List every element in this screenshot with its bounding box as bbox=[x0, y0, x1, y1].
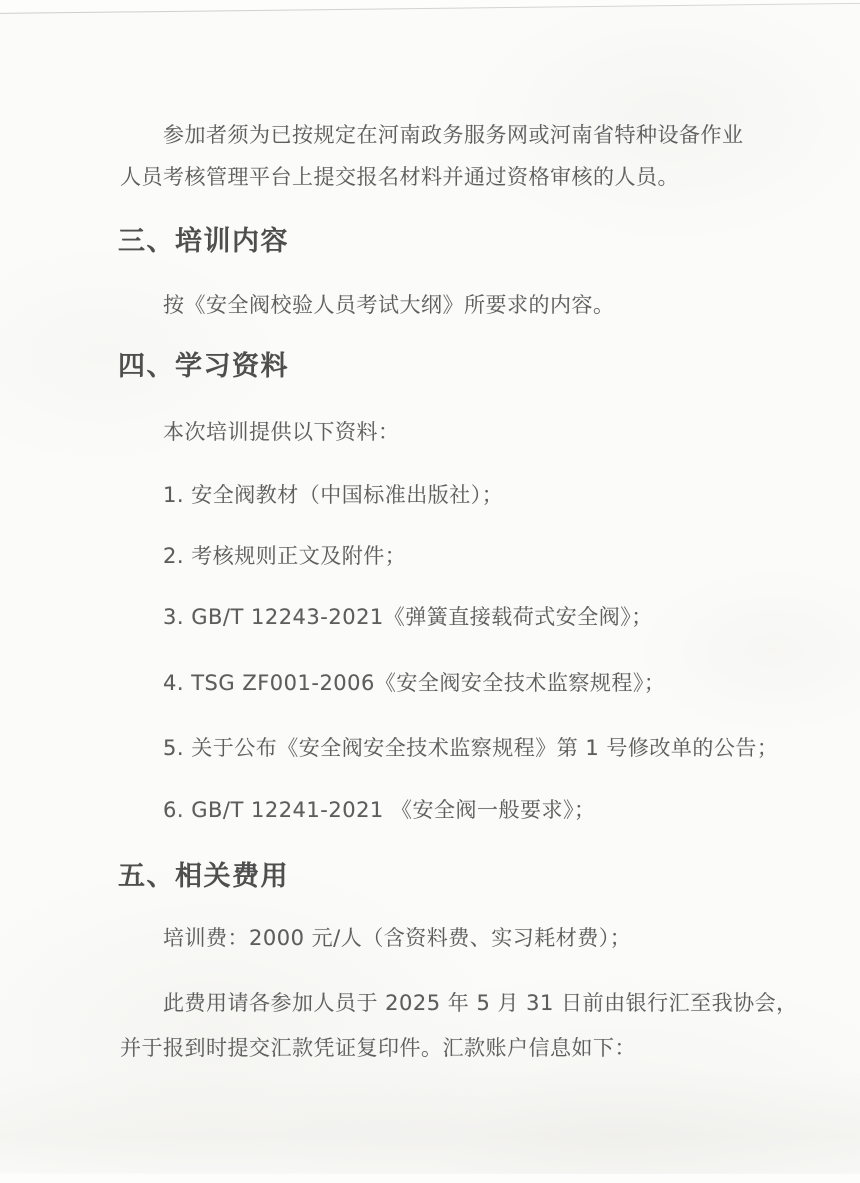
payment-instruction-line-2: 并于报到时提交汇款凭证复印件。汇款账户信息如下： bbox=[120, 1037, 636, 1059]
section-3-body: 按《安全阀校验人员考试大纲》所要求的内容。 bbox=[163, 294, 615, 316]
material-list-item-2: 2. 考核规则正文及附件； bbox=[163, 545, 406, 567]
scanned-document-page: 参加者须为已按规定在河南政务服务网或河南省特种设备作业 人员考核管理平台上提交报… bbox=[0, 0, 860, 1183]
material-list-item-6: 6. GB/T 12241-2021 《安全阀一般要求》； bbox=[163, 799, 595, 821]
section-3-heading-training-content: 三、培训内容 bbox=[118, 228, 289, 256]
section-4-heading-study-materials: 四、学习资料 bbox=[118, 353, 289, 381]
material-list-item-4: 4. TSG ZF001-2006《安全阀安全技术监察规程》； bbox=[163, 672, 665, 694]
paper-bottom-edge bbox=[0, 1174, 860, 1183]
scan-shadow-band bbox=[0, 1068, 860, 1173]
training-fee-line: 培训费：2000 元/人（含资料费、实习耗材费）； bbox=[163, 927, 631, 949]
material-list-item-3: 3. GB/T 12243-2021《弹簧直接载荷式安全阀》； bbox=[163, 606, 653, 628]
intro-paragraph-line-1: 参加者须为已按规定在河南政务服务网或河南省特种设备作业 bbox=[163, 124, 744, 146]
material-list-item-1: 1. 安全阀教材（中国标准出版社）； bbox=[163, 484, 503, 506]
material-list-item-5: 5. 关于公布《安全阀安全技术监察规程》第 1 号修改单的公告； bbox=[163, 737, 778, 759]
section-4-intro: 本次培训提供以下资料： bbox=[163, 421, 400, 443]
payment-instruction-line-1: 此费用请各参加人员于 2025 年 5 月 31 日前由银行汇至我协会， bbox=[163, 992, 798, 1014]
intro-paragraph-line-2: 人员考核管理平台上提交报名材料并通过资格审核的人员。 bbox=[120, 166, 679, 188]
section-5-heading-related-fees: 五、相关费用 bbox=[118, 863, 289, 891]
